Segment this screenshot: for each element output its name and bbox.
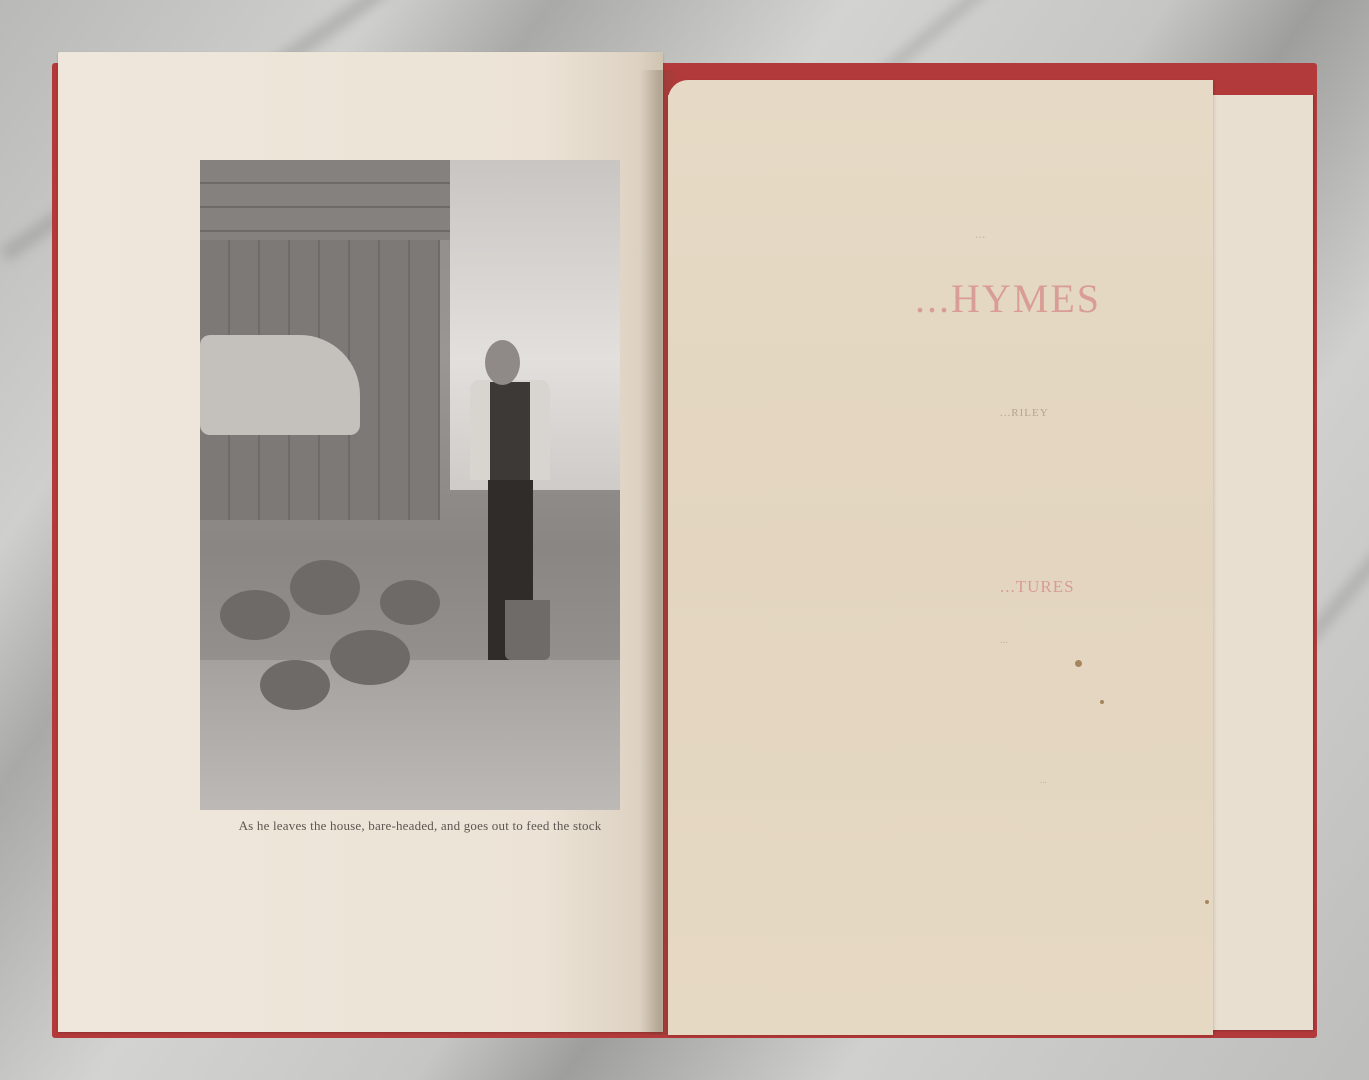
foxing-spot [1075,660,1082,667]
illustration-pumpkin [380,580,440,625]
title-line-publisher: ... [1040,775,1047,785]
illustration-pumpkin [290,560,360,615]
illustration-bucket [505,600,550,660]
farmer-head [485,340,520,385]
title-line-author: ...RILEY [1000,407,1049,419]
foxing-spot [1100,700,1104,704]
tissue-guard-page[interactable] [668,80,1213,1035]
illustration-roof [200,160,450,240]
illustration-hay [200,335,360,435]
title-line-main: ...HYMES [915,275,1101,322]
foxing-spot [1205,900,1209,904]
frontispiece-illustration [200,160,620,810]
illustration-caption: As he leaves the house, bare-headed, and… [180,818,660,834]
illustration-pumpkin [260,660,330,710]
illustration-pumpkin [330,630,410,685]
illustration-pumpkin [220,590,290,640]
title-line-1: ... [975,227,986,243]
farmer-vest [490,382,530,492]
title-line-illustrator: ... [1000,635,1008,646]
title-line-pictures: ...TURES [1000,577,1075,597]
